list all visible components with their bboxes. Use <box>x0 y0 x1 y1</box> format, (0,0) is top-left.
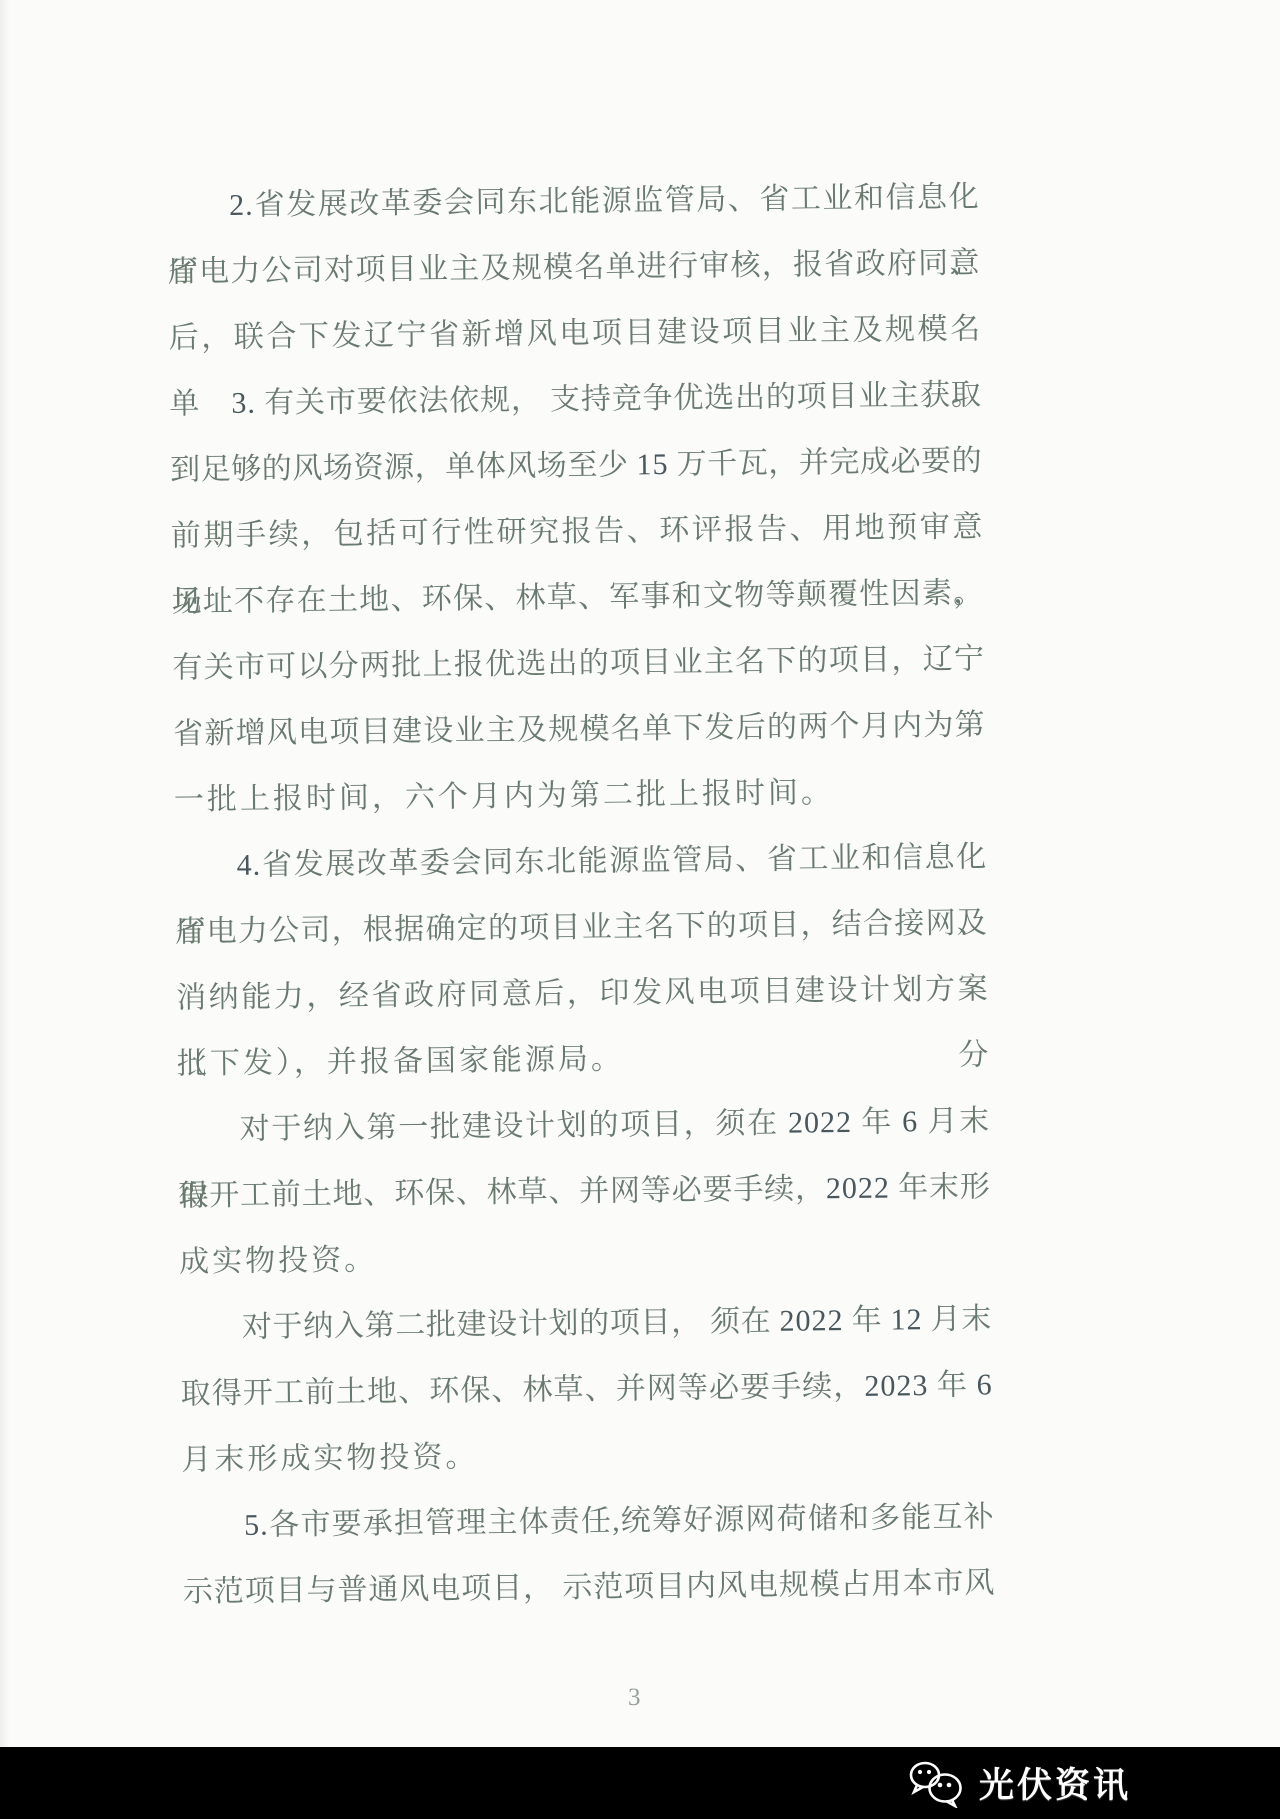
text-line: 示范项目与普通风电项目， 示范项目内风电规模占用本市风 <box>183 1550 996 1625</box>
brand-text: 光伏资讯 <box>979 1758 1131 1808</box>
text-line: 消纳能力，经省政府同意后，印发风电项目建设计划方案（分 <box>176 956 989 1031</box>
document-body: 2.省发展改革委会同东北能源监管局、省工业和信息化厅、省电力公司对项目业主及规模… <box>167 164 995 1625</box>
text-line: 4.省发展改革委会同东北能源监管局、省工业和信息化厅、 <box>174 824 987 899</box>
text-line: 后，联合下发辽宁省新增风电项目建设项目业主及规模名单。 <box>168 296 981 371</box>
text-line: 5.各市要承担管理主体责任,统筹好源网荷储和多能互补 <box>182 1484 995 1559</box>
scanned-document-page: 2.省发展改革委会同东北能源监管局、省工业和信息化厅、省电力公司对项目业主及规模… <box>0 0 1280 1819</box>
text-line: 有关市可以分两批上报优选出的项目业主名下的项目，辽宁 <box>172 626 985 701</box>
wechat-bubbles-icon <box>905 1758 967 1808</box>
text-line: 对于纳入第一批建设计划的项目，须在 2022 年 6 月末取 <box>177 1088 990 1163</box>
text-line: 2.省发展改革委会同东北能源监管局、省工业和信息化厅、 <box>167 164 980 239</box>
text-line: 前期手续，包括可行性研究报告、环评报告、用地预审意见， <box>171 494 984 569</box>
text-line: 对于纳入第二批建设计划的项目， 须在 2022 年 12 月末 <box>180 1286 993 1361</box>
text-line: 省新增风电项目建设业主及规模名单下发后的两个月内为第 <box>173 692 986 767</box>
footer-bar: 光伏资讯 <box>0 1747 1280 1819</box>
text-line: 取得开工前土地、环保、林草、并网等必要手续，2023 年 6 <box>180 1352 993 1427</box>
brand-group: 光伏资讯 <box>905 1747 1131 1819</box>
text-line: 成实物投资。 <box>179 1220 992 1295</box>
text-line: 得开工前土地、环保、林草、并网等必要手续，2022 年末形 <box>178 1154 991 1229</box>
text-line: 一批上报时间，六个月内为第二批上报时间。 <box>174 758 987 833</box>
page-number: 3 <box>628 1684 641 1712</box>
text-line: 到足够的风场资源，单体风场至少 15 万千瓦，并完成必要的 <box>170 428 983 503</box>
text-line: 月末形成实物投资。 <box>181 1418 994 1493</box>
text-line: 场址不存在土地、环保、林草、军事和文物等颠覆性因素。 <box>171 560 984 635</box>
text-line: 省电力公司，根据确定的项目业主名下的项目，结合接网及 <box>175 890 988 965</box>
text-line: 省电力公司对项目业主及规模名单进行审核，报省政府同意 <box>168 230 981 305</box>
text-line: 3. 有关市要依法依规， 支持竞争优选出的项目业主获取 <box>169 362 982 437</box>
